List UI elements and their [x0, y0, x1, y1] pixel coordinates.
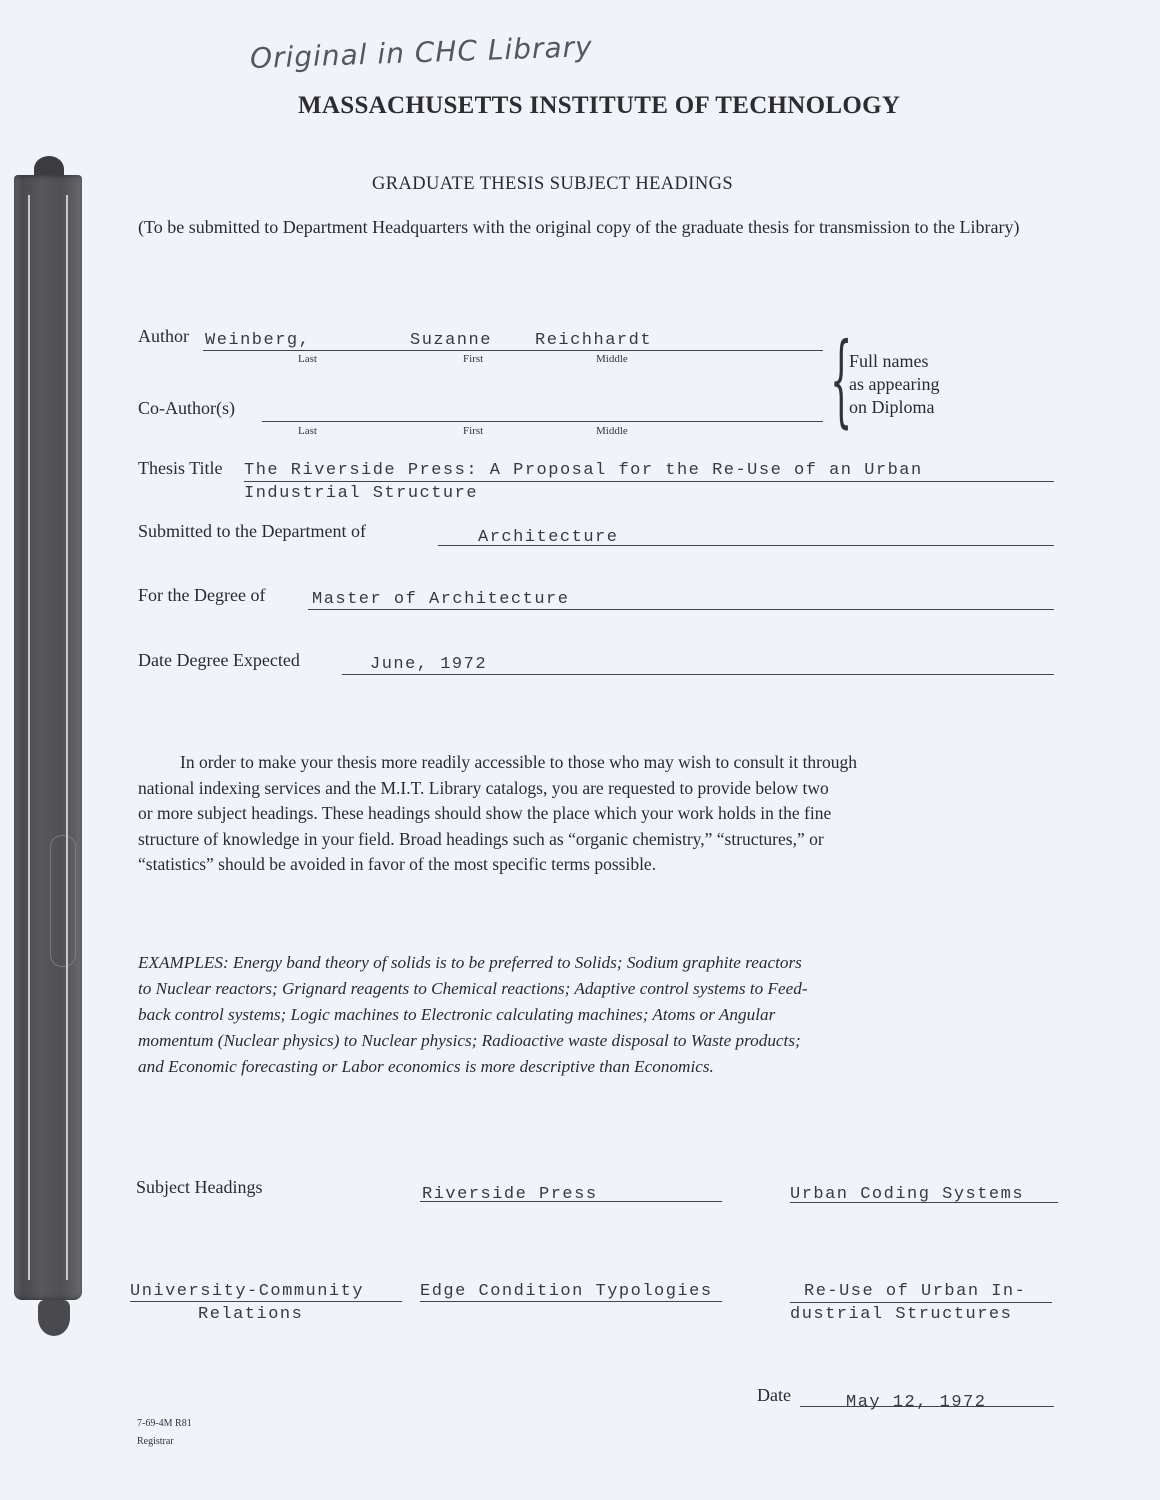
coauthor-first-sublabel: First [463, 425, 483, 437]
thesis-title-line1[interactable]: The Riverside Press: A Proposal for the … [244, 461, 923, 480]
form-code: 7-69-4M R81 [137, 1418, 192, 1429]
subject-heading-4[interactable]: Edge Condition Typologies [420, 1282, 713, 1301]
subject-heading-5-line2[interactable]: dustrial Structures [790, 1305, 1012, 1324]
binder-clip-bottom [38, 1300, 70, 1336]
author-first-sublabel: First [463, 353, 483, 365]
examples-paragraph: EXAMPLES: Energy band theory of solids i… [138, 950, 1054, 1080]
degree-value[interactable]: Master of Architecture [312, 590, 569, 609]
coauthor-label: Co-Author(s) [138, 398, 235, 419]
date-value[interactable]: May 12, 1972 [846, 1393, 986, 1412]
binder-emblem [50, 835, 76, 967]
coauthor-last-sublabel: Last [298, 425, 317, 437]
subject-heading-1-rule [420, 1201, 722, 1202]
author-middle-sublabel: Middle [596, 353, 628, 365]
date-expected-value[interactable]: June, 1972 [370, 655, 487, 674]
thesis-title-label: Thesis Title [138, 458, 223, 479]
form-title: GRADUATE THESIS SUBJECT HEADINGS [372, 174, 733, 195]
binder-strip [14, 175, 82, 1300]
author-middle[interactable]: Reichhardt [535, 331, 652, 350]
date-expected-rule [342, 674, 1054, 675]
thesis-title-line2[interactable]: Industrial Structure [244, 484, 478, 503]
instruction-paragraph: In order to make your thesis more readil… [138, 750, 1054, 878]
subject-heading-3-line2[interactable]: Relations [198, 1305, 303, 1324]
author-last[interactable]: Weinberg, [205, 331, 310, 350]
degree-rule [308, 609, 1054, 610]
subject-heading-3-rule [130, 1301, 402, 1302]
registrar-label: Registrar [137, 1436, 174, 1447]
author-first[interactable]: Suzanne [410, 331, 492, 350]
coauthor-middle-sublabel: Middle [596, 425, 628, 437]
date-label: Date [757, 1385, 791, 1406]
subject-heading-5-line1[interactable]: Re-Use of Urban In- [804, 1282, 1026, 1301]
subject-heading-5-rule [790, 1302, 1052, 1303]
department-label: Submitted to the Department of [138, 521, 366, 542]
handwritten-annotation: Original in CHC Library [249, 30, 593, 75]
date-expected-label: Date Degree Expected [138, 650, 300, 671]
author-label: Author [138, 326, 189, 347]
date-rule [800, 1406, 1054, 1407]
department-rule [438, 545, 1054, 546]
subject-heading-4-rule [420, 1301, 722, 1302]
names-note: Full names as appearing on Diploma [849, 350, 939, 419]
author-line [203, 350, 823, 351]
subject-heading-2-rule [790, 1202, 1058, 1203]
coauthor-line[interactable] [262, 421, 823, 422]
author-last-sublabel: Last [298, 353, 317, 365]
form-instructions: (To be submitted to Department Headquart… [138, 216, 1058, 239]
thesis-title-rule [244, 481, 1054, 482]
degree-label: For the Degree of [138, 585, 265, 606]
institution-name: MASSACHUSETTS INSTITUTE OF TECHNOLOGY [298, 92, 900, 120]
subject-heading-3-line1[interactable]: University-Community [130, 1282, 364, 1301]
subject-headings-label: Subject Headings [136, 1177, 262, 1198]
